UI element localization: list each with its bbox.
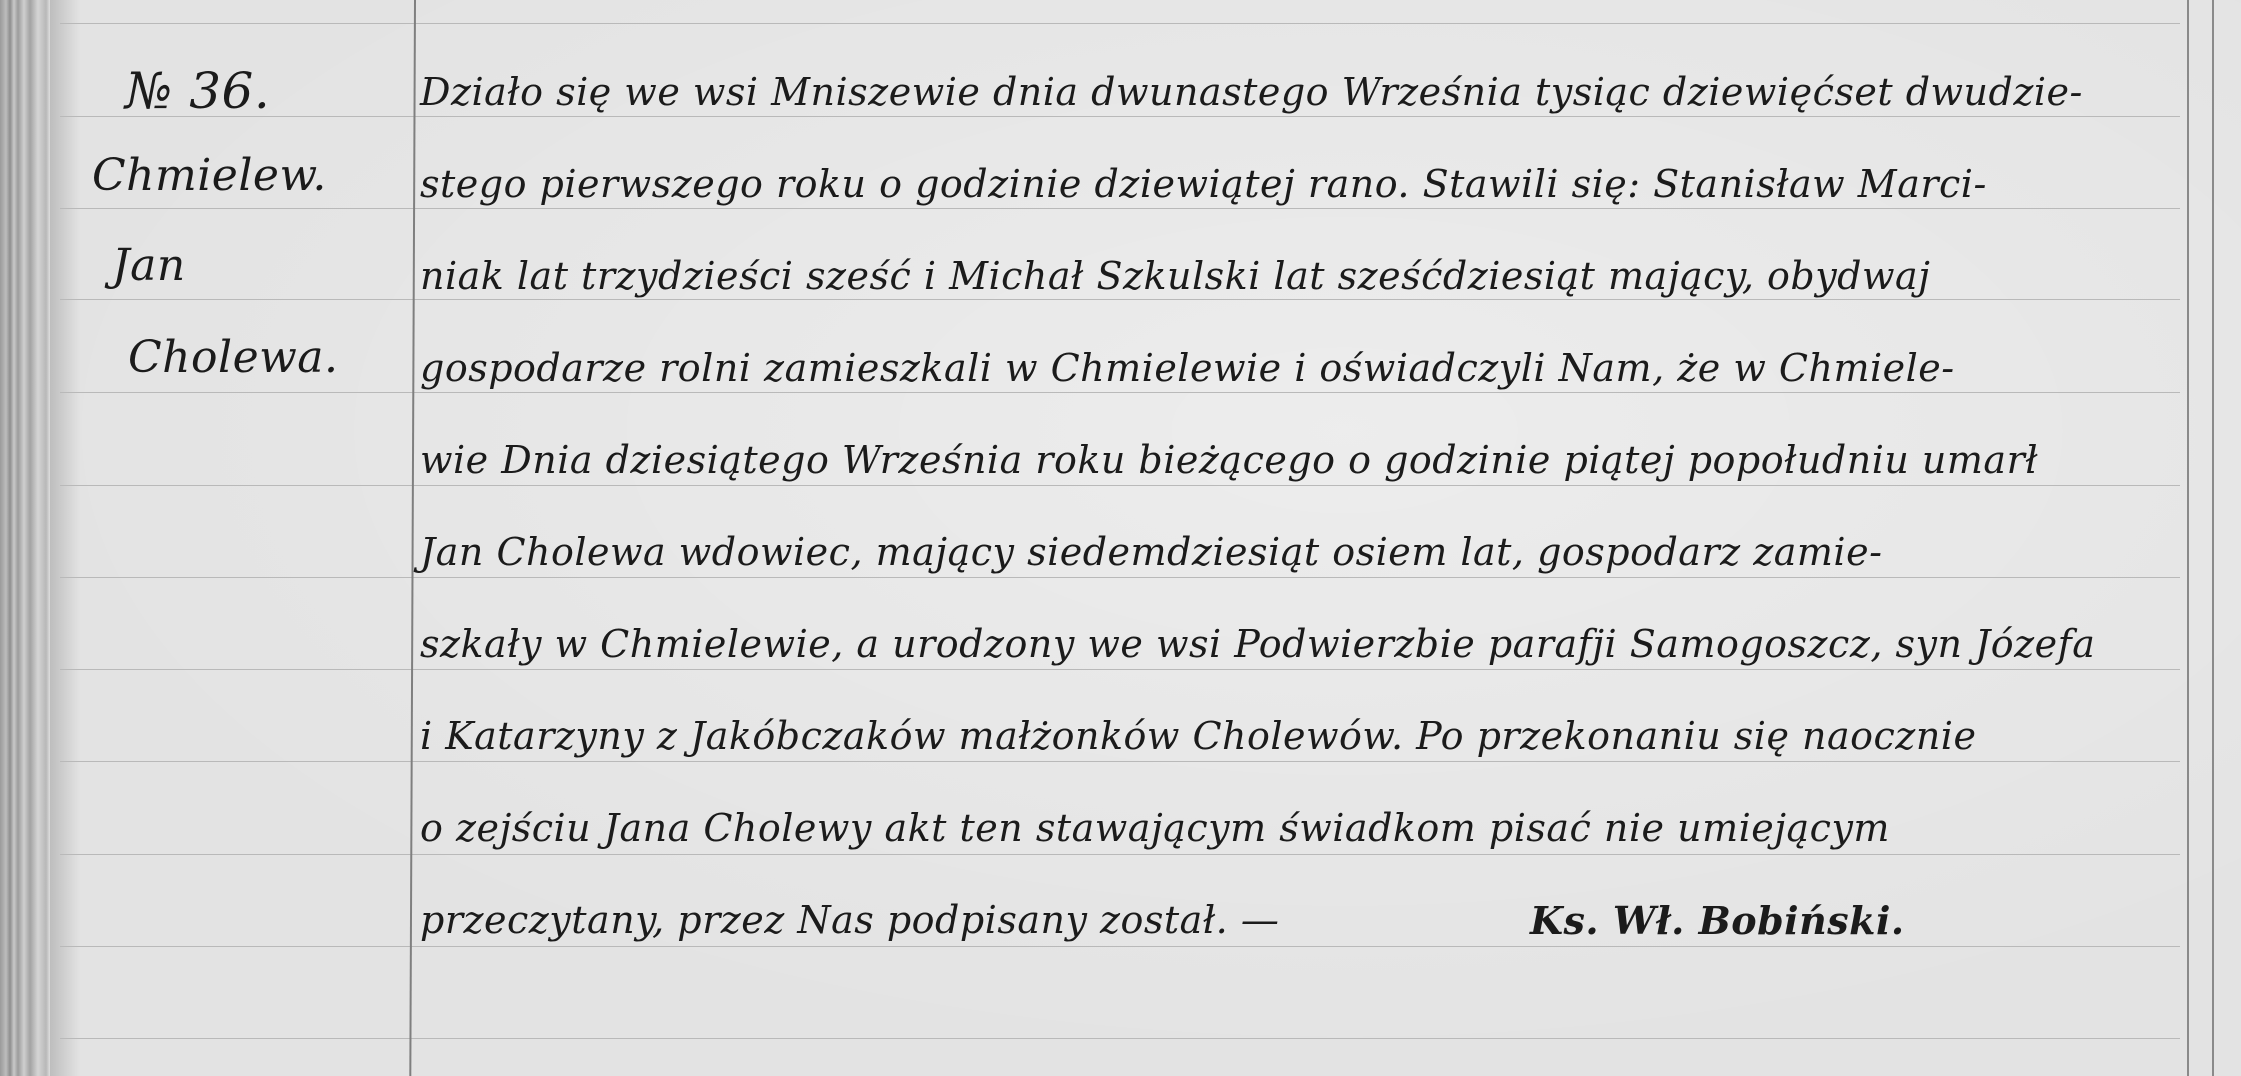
margin-surname: Cholewa. — [128, 332, 339, 383]
record-line-1: Działo się we wsi Mniszewie dnia dwunast… — [420, 70, 2083, 114]
record-number: № 36. — [125, 62, 270, 120]
record-line-4: gospodarze rolni zamieszkali w Chmielewi… — [420, 346, 1955, 390]
ruled-line — [60, 761, 2180, 762]
book-binding — [0, 0, 50, 1076]
ruled-line — [60, 1038, 2180, 1039]
ruled-line — [60, 854, 2180, 855]
ruled-line — [60, 946, 2180, 947]
record-line-2: stego pierwszego roku o godzinie dziewią… — [420, 162, 1987, 206]
record-line-8: i Katarzyny z Jakóbczaków małżonków Chol… — [420, 714, 1976, 758]
ruled-line — [60, 116, 2180, 117]
record-line-7: szkały w Chmielewie, a urodzony we wsi P… — [420, 622, 2095, 666]
register-page: № 36. Chmielew. Jan Cholewa. Działo się … — [0, 0, 2241, 1076]
priest-signature: Ks. Wł. Bobiński. — [1530, 898, 1905, 943]
margin-village: Chmielew. — [92, 150, 327, 201]
record-line-10: przeczytany, przez Nas podpisany został.… — [420, 898, 1279, 942]
ruled-line — [60, 299, 2180, 300]
right-border-line — [2212, 0, 2214, 1076]
ruled-line — [60, 208, 2180, 209]
binding-shadow — [50, 0, 80, 1076]
ruled-line — [60, 577, 2180, 578]
ruled-line — [60, 23, 2180, 24]
ruled-line — [60, 485, 2180, 486]
record-line-6: Jan Cholewa wdowiec, mający siedemdziesi… — [420, 530, 1882, 574]
right-border-line — [2187, 0, 2189, 1076]
record-line-5: wie Dnia dziesiątego Września roku bieżą… — [420, 438, 2038, 482]
ruled-line — [60, 392, 2180, 393]
ruled-line — [60, 669, 2180, 670]
margin-column-divider — [409, 0, 416, 1076]
record-line-9: o zejściu Jana Cholewy akt ten stawający… — [420, 806, 1890, 850]
record-line-3: niak lat trzydzieści sześć i Michał Szku… — [420, 254, 1930, 298]
margin-first-name: Jan — [112, 240, 186, 291]
